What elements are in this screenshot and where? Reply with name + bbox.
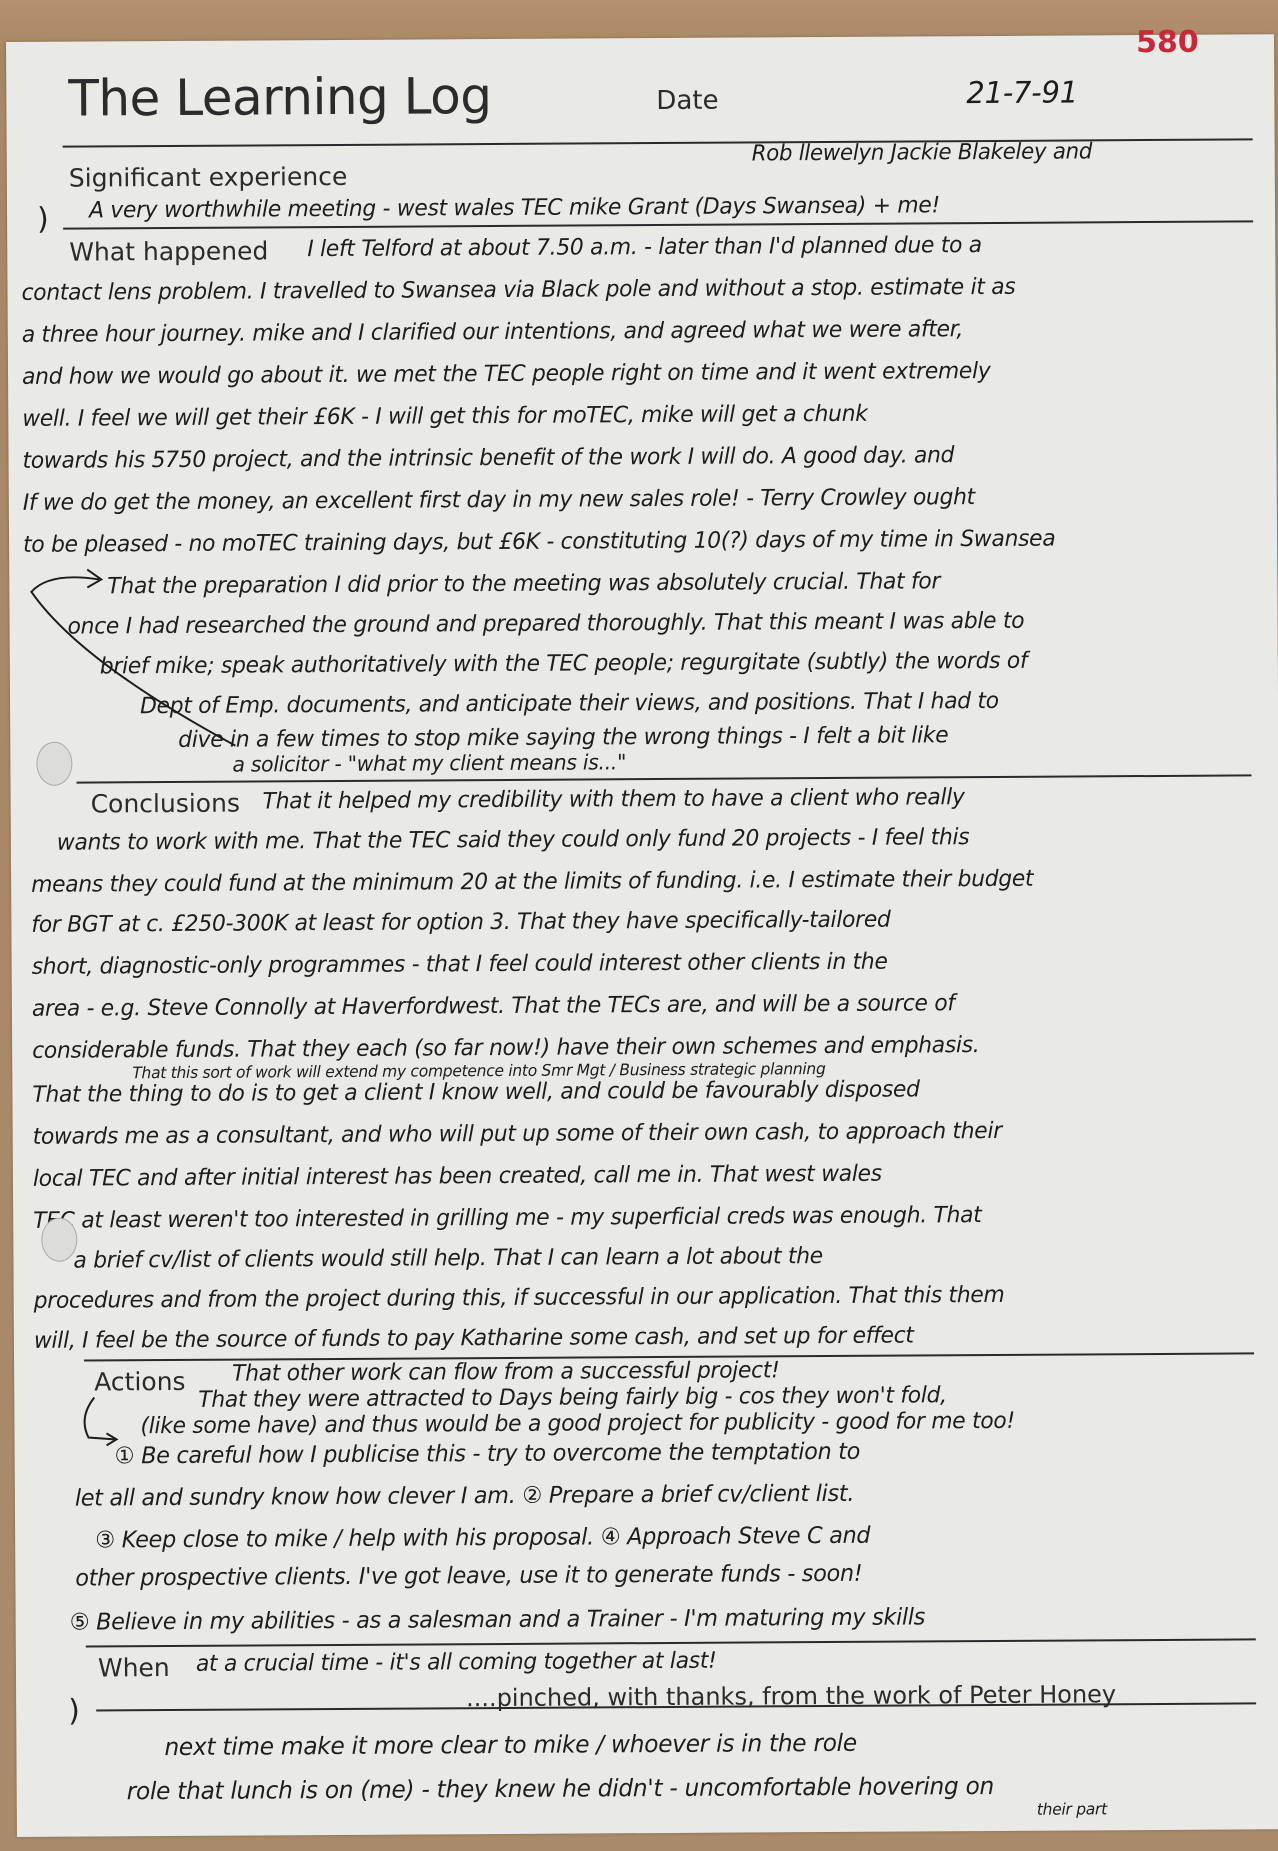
conclusions-line: considerable funds. That they each (so f… — [32, 1032, 979, 1064]
conclusions-line: short, diagnostic-only programmes - that… — [32, 949, 888, 980]
page-number: 580 — [1136, 25, 1199, 60]
action-item: ⑤ Believe in my abilities - as a salesma… — [70, 1604, 926, 1635]
conclusions-line: procedures and from the project during t… — [34, 1282, 1005, 1314]
reflection-line: once I had researched the ground and pre… — [67, 608, 1024, 640]
actions-pre-line: That other work can flow from a successf… — [232, 1357, 780, 1386]
reflection-line: brief mike; speak authoritatively with t… — [100, 648, 1028, 680]
action-item: let all and sundry know how clever I am.… — [75, 1481, 854, 1512]
what-happened-line: If we do get the money, an excellent fir… — [23, 484, 975, 516]
conclusions-line: for BGT at c. £250-300K at least for opt… — [31, 907, 890, 938]
action-item: ① Be careful how I publicise this - try … — [115, 1439, 861, 1470]
date-label: Date — [656, 86, 718, 116]
conclusions-line: means they could fund at the minimum 20 … — [31, 866, 1033, 898]
reflection-line: dive in a few times to stop mike saying … — [178, 722, 948, 753]
conclusions-line: local TEC and after initial interest has… — [33, 1161, 882, 1192]
conclusions-line: a brief cv/list of clients would still h… — [73, 1243, 823, 1274]
bracket-mark: ) — [37, 202, 49, 237]
reflection-line: That the preparation I did prior to the … — [107, 568, 940, 599]
conclusions-line: area - e.g. Steve Connolly at Haverfordw… — [32, 990, 955, 1022]
significant-experience-text: A very worthwhile meeting - west wales T… — [89, 192, 940, 223]
learning-log-sheet: 580 The Learning Log Date 21-7-91 Signif… — [6, 34, 1278, 1837]
punch-hole — [36, 742, 72, 786]
action-item: ③ Keep close to mike / help with his pro… — [95, 1523, 870, 1554]
conclusions-line: TEC at least weren't too interested in g… — [33, 1202, 981, 1234]
reflection-line: Dept of Emp. documents, and anticipate t… — [140, 688, 999, 719]
what-happened-label: What happened — [69, 236, 268, 266]
what-happened-line: contact lens problem. I travelled to Swa… — [21, 274, 1015, 306]
footnote-line: role that lunch is on (me) - they knew h… — [127, 1772, 994, 1805]
credit-line: ....pinched, with thanks, from the work … — [466, 1680, 1116, 1712]
what-happened-line: and how we would go about it. we met the… — [22, 358, 991, 390]
significant-experience-note: Rob llewelyn Jackie Blakeley and — [752, 139, 1093, 166]
actions-rule — [86, 1638, 1256, 1647]
actions-pre-line: (like some have) and thus would be a goo… — [140, 1408, 1015, 1439]
footnote-line: their part — [1037, 1799, 1107, 1818]
action-item: other prospective clients. I've got leav… — [75, 1561, 862, 1592]
form-title: The Learning Log — [68, 67, 492, 128]
footnote-line: next time make it more clear to mike / w… — [164, 1729, 857, 1761]
significant-experience-label: Significant experience — [69, 162, 348, 193]
bracket-mark: ) — [68, 1694, 80, 1729]
conclusions-line: towards me as a consultant, and who will… — [33, 1118, 1002, 1150]
what-happened-line: I left Telford at about 7.50 a.m. - late… — [307, 232, 982, 262]
what-happened-line: well. I feel we will get their £6K - I w… — [22, 401, 867, 432]
when-label: When — [98, 1653, 170, 1682]
conclusions-label: Conclusions — [91, 789, 240, 819]
date-value: 21-7-91 — [966, 75, 1078, 111]
when-text: at a crucial time - it's all coming toge… — [196, 1648, 717, 1677]
reflection-line: a solicitor - "what my client means is..… — [232, 750, 626, 776]
what-happened-line: towards his 5750 project, and the intrin… — [22, 442, 954, 474]
conclusions-line: That it helped my credibility with them … — [263, 784, 965, 814]
conclusions-line: will, I feel be the source of funds to p… — [34, 1322, 914, 1353]
conclusions-line: wants to work with me. That the TEC said… — [57, 824, 970, 856]
conclusions-line: That the thing to do is to get a client … — [32, 1076, 919, 1107]
punch-hole — [41, 1218, 77, 1262]
actions-label: Actions — [94, 1367, 186, 1397]
what-happened-line: a three hour journey. mike and I clarifi… — [22, 316, 963, 348]
